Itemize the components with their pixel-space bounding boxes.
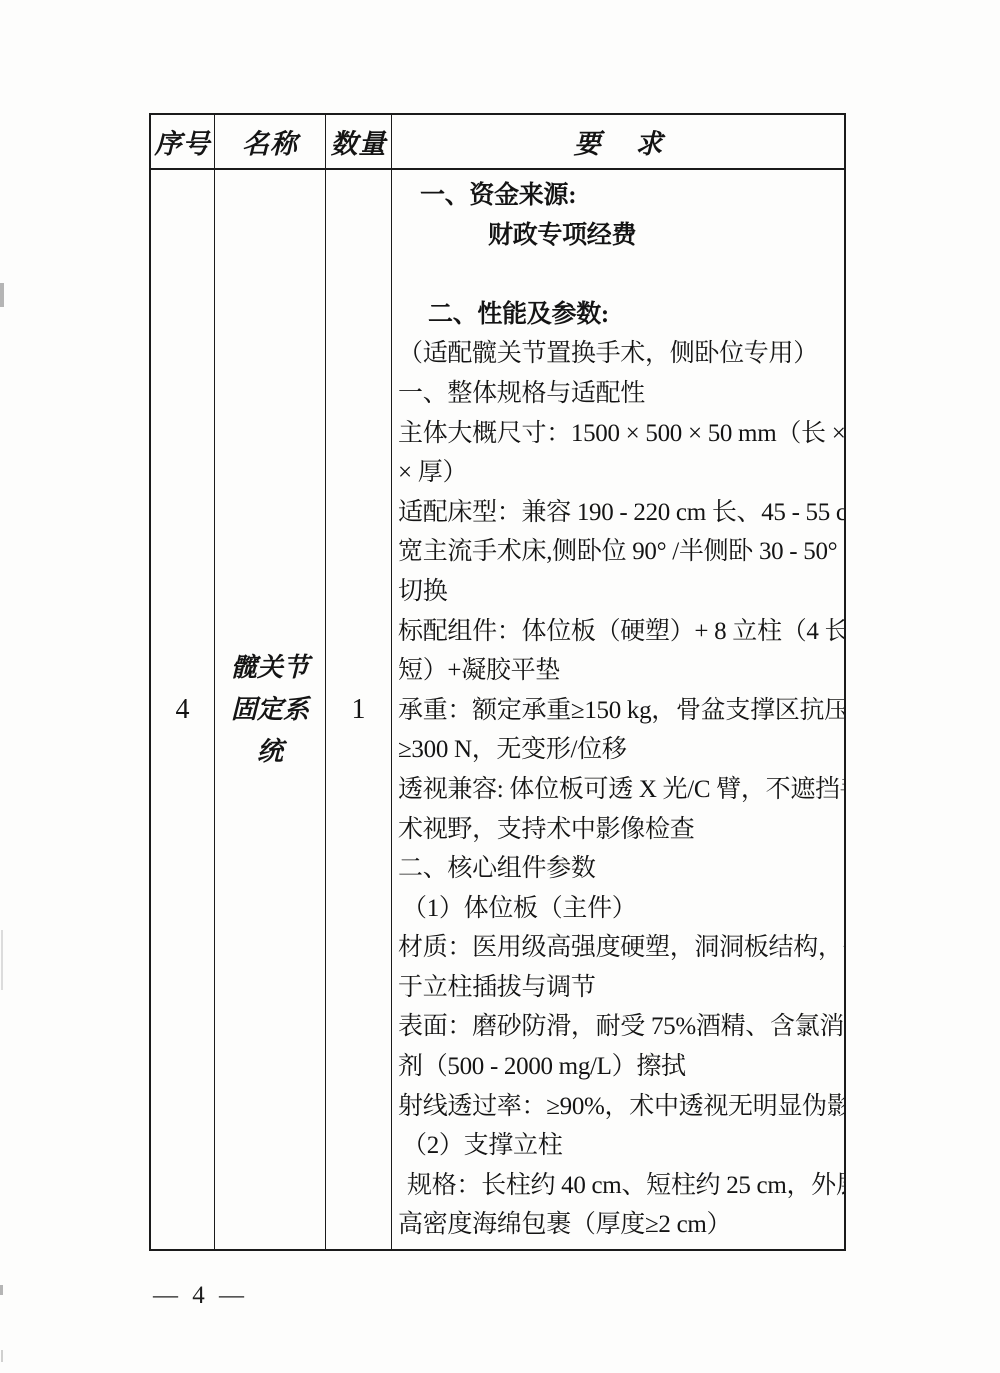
header-name: 名称 [215,115,326,170]
requirement-line: 主体大概尺寸：1500 × 500 × 50 mm（长 × 宽 [398,414,840,454]
requirement-line: 二、性能及参数: [398,295,840,335]
requirement-line: 短）+凝胶平垫 [398,651,840,691]
requirement-line: 二、核心组件参数 [398,849,840,889]
requirement-line: （适配髋关节置换手术，侧卧位专用） [398,334,840,374]
requirement-line: 财政专项经费 [398,216,840,256]
requirement-line: 剂（500 - 2000 mg/L）擦拭 [398,1047,840,1087]
requirement-line: 于立柱插拔与调节 [398,968,840,1008]
requirement-line [398,255,840,295]
requirement-line: 透视兼容: 体位板可透 X 光/C 臂，不遮挡手 [398,770,840,810]
requirement-line: 切换 [398,572,840,612]
requirements-table: 序号 名称 数量 要 求 4 髋关节固定系统 1 一、资金来源:财政专项经费二、… [149,113,846,1251]
requirement-line: （1）体位板（主件） [398,889,840,929]
header-quantity: 数量 [326,115,392,170]
requirement-line: × 厚） [398,453,840,493]
scan-edge-artifact [1,1350,3,1362]
requirement-line: 表面：磨砂防滑，耐受 75%酒精、含氯消毒 [398,1007,840,1047]
requirement-line: 高密度海绵包裹（厚度≥2 cm） [398,1205,840,1245]
header-requirements: 要 求 [392,115,844,170]
requirement-line: 一、资金来源: [398,176,840,216]
page-number: — 4 — [153,1282,248,1310]
cell-requirements: 一、资金来源:财政专项经费二、性能及参数:（适配髋关节置换手术，侧卧位专用）一、… [392,170,844,1249]
cell-serial-number: 4 [151,170,215,1249]
requirement-line: ≥300 N，无变形/位移 [398,730,840,770]
cell-item-name: 髋关节固定系统 [215,170,326,1249]
requirement-line: 一、整体规格与适配性 [398,374,840,414]
header-serial-number: 序号 [151,115,215,170]
cell-quantity: 1 [326,170,392,1249]
requirement-line: 射线透过率：≥90%，术中透视无明显伪影 [398,1087,840,1127]
scan-edge-artifact [0,1285,3,1295]
requirement-line: 承重：额定承重≥150 kg，骨盆支撑区抗压 [398,691,840,731]
requirement-line: 材质：医用级高强度硬塑，洞洞板结构，便 [398,928,840,968]
requirement-line: 标配组件：体位板（硬塑）+ 8 立柱（4 长 4 [398,612,840,652]
requirement-line: （2）支撑立柱 [398,1126,840,1166]
scan-edge-artifact [1,930,3,990]
requirement-line: 术视野，支持术中影像检查 [398,810,840,850]
scan-edge-artifact [0,283,4,307]
requirement-line: 适配床型：兼容 190 - 220 cm 长、45 - 55 cm [398,493,840,533]
document-page: 序号 名称 数量 要 求 4 髋关节固定系统 1 一、资金来源:财政专项经费二、… [0,0,1000,1373]
requirement-line: 规格：长柱约 40 cm、短柱约 25 cm，外层 [398,1166,840,1206]
requirement-line: 宽主流手术床,侧卧位 90° /半侧卧 30 - 50° [398,532,840,572]
